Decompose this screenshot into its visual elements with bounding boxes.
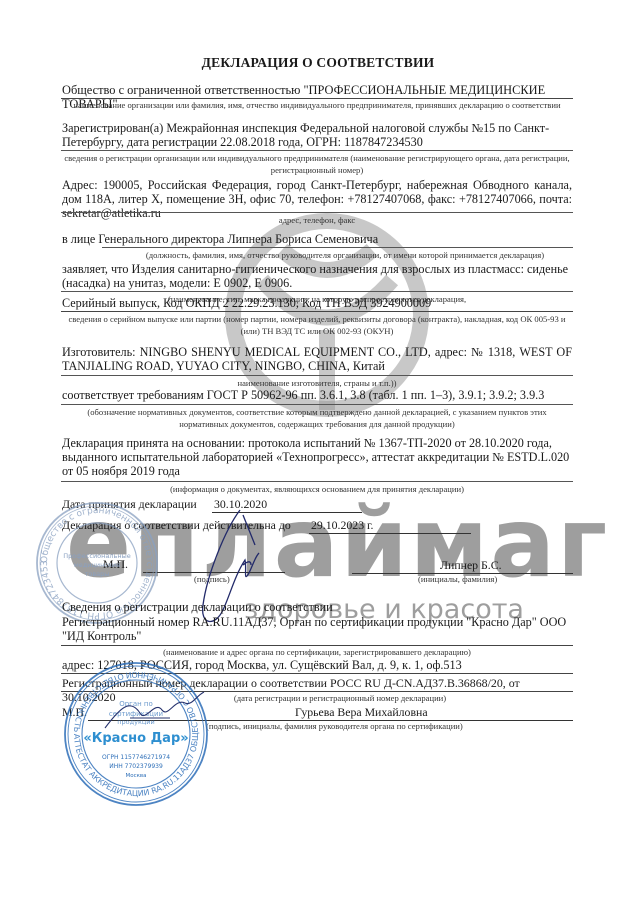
divider — [61, 311, 573, 312]
cert-signature-icon — [100, 688, 210, 738]
document-title: ДЕКЛАРАЦИЯ О СООТВЕТСТВИИ — [0, 55, 636, 71]
divider — [61, 404, 573, 405]
standard-caption: (обозначение нормативных документов, соо… — [62, 406, 572, 430]
svg-text:Москва: Москва — [125, 773, 146, 779]
signatory-name: Липнер Б.С. — [440, 558, 502, 573]
serial-text: Серийный выпуск, Код ОКПД 2 22.29.23.130… — [62, 296, 572, 310]
reg-heading: Сведения о регистрации декларации о соот… — [62, 600, 333, 615]
registration-text: Зарегистрирован(а) Межрайонная инспекция… — [62, 121, 572, 149]
address-caption: адрес, телефон, факс — [62, 214, 572, 226]
svg-text:Профессиональные: Профессиональные — [63, 552, 131, 560]
divider — [61, 375, 573, 376]
divider — [102, 247, 573, 248]
reg-caption: (наименование и адрес органа по сертифик… — [62, 646, 572, 658]
representative-prefix: в лице — [62, 232, 95, 246]
registration-caption: сведения о регистрации организации или и… — [62, 152, 572, 176]
cert-head-caption: (подпись, инициалы, фамилия руководителя… — [206, 721, 463, 731]
applicant-caption: наименование организации или фамилия, им… — [62, 99, 572, 111]
svg-text:ИНН 7702379939: ИНН 7702379939 — [109, 763, 163, 770]
svg-text:ОГРН 1157746271974: ОГРН 1157746271974 — [102, 754, 170, 761]
divider — [61, 150, 573, 151]
representative-line: в лице Генерального директора Липнера Бо… — [62, 232, 572, 246]
reg-body: Регистрационный номер RA.RU.11АД37, Орга… — [62, 615, 572, 643]
divider — [61, 481, 573, 482]
divider — [309, 533, 471, 534]
signatory-caption: (инициалы, фамилия) — [418, 574, 497, 584]
standard-text: соответствует требованиям ГОСТ Р 50962-9… — [62, 388, 572, 402]
divider — [61, 291, 573, 292]
cert-head-name: Гурьева Вера Михайловна — [295, 705, 428, 720]
representative-name: Генерального директора Липнера Бориса Се… — [98, 232, 378, 246]
basis-text: Декларация принята на основании: протоко… — [62, 436, 572, 478]
manufacturer-text: Изготовитель: NINGBO SHENYU MEDICAL EQUI… — [62, 345, 572, 373]
svg-text:товары: товары — [85, 570, 110, 578]
declaration-page: ДЕКЛАРАЦИЯ О СООТВЕТСТВИИ Общество с огр… — [0, 0, 636, 900]
representative-caption: (должность, фамилия, имя, отчество руков… — [90, 249, 600, 261]
product-text: заявляет, что Изделия санитарно-гигиенич… — [62, 262, 572, 290]
divider — [61, 212, 573, 213]
svg-text:медицинские: медицинские — [74, 561, 120, 569]
valid-until-value: 29.10.2023 г. — [311, 518, 374, 533]
serial-caption: сведения о серийном выпуске или партии (… — [62, 313, 572, 337]
